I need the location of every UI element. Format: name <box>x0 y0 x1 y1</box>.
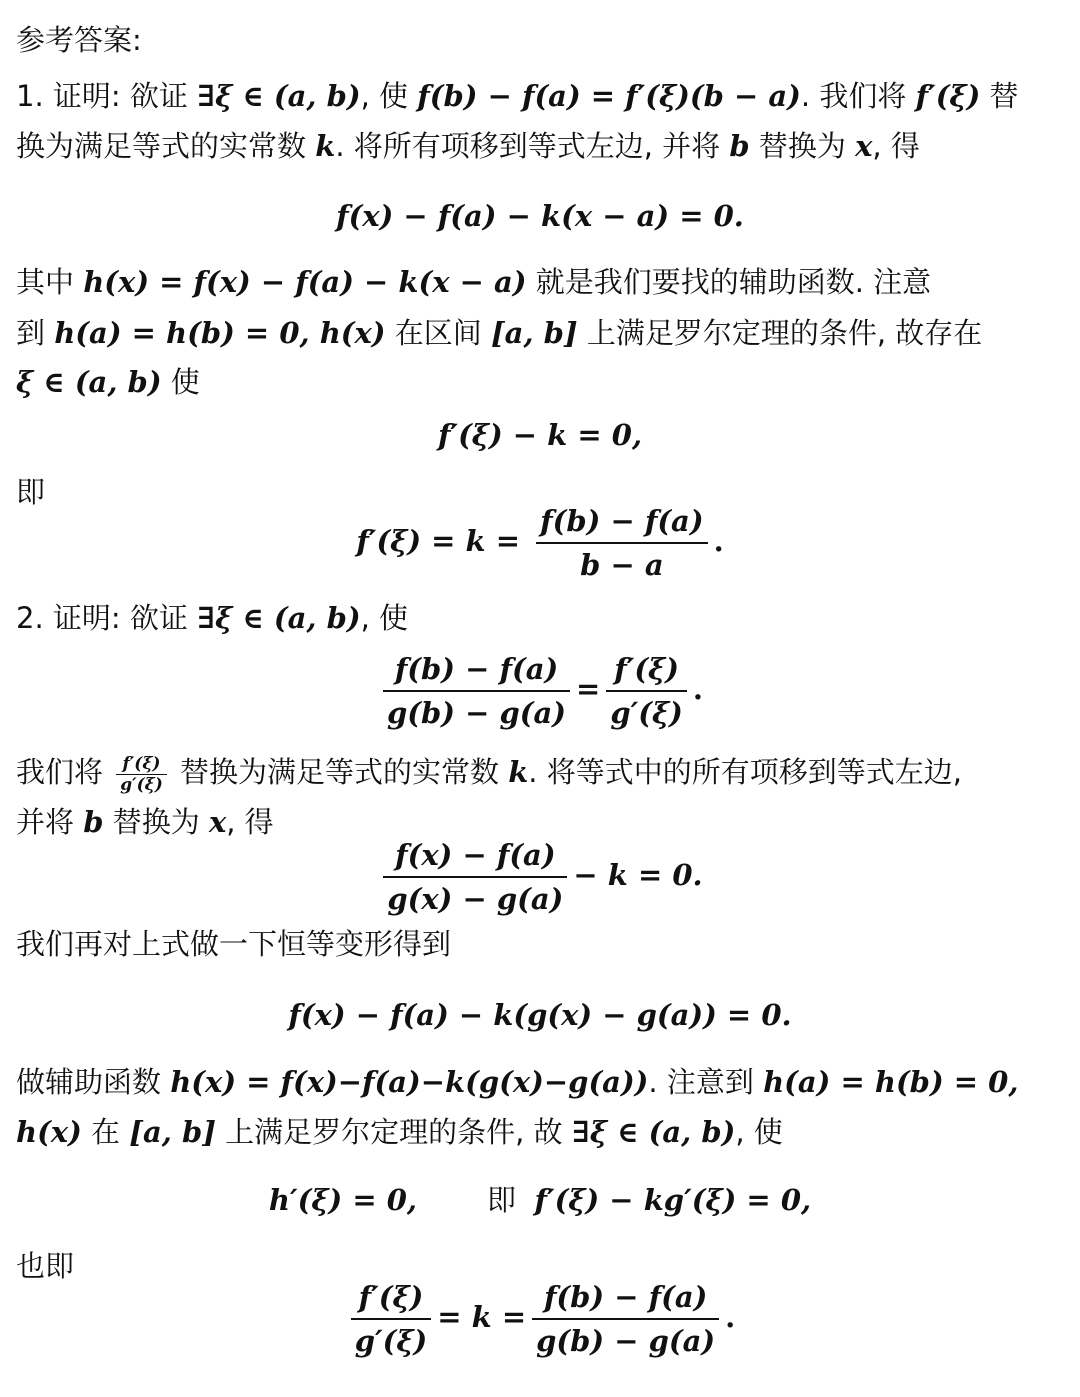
math: ∃ξ ∈ (a, b) <box>197 601 361 635</box>
part2-line6: h(x) 在 [a, b] 上满足罗尔定理的条件, 故 ∃ξ ∈ (a, b),… <box>16 1112 783 1152</box>
text: 替换为 <box>750 129 855 163</box>
math: ∃ξ ∈ (a, b) <box>572 1115 736 1149</box>
denominator: g(b) − g(a) <box>383 692 570 734</box>
text: 在区间 <box>386 316 491 350</box>
math: k <box>508 755 528 789</box>
part2-equation-3: f(x) − f(a) − k(g(x) − g(a)) = 0. <box>0 995 1080 1035</box>
text: , 使 <box>361 601 408 635</box>
fraction: f(b) − f(a)g(b) − g(a) <box>532 1276 719 1362</box>
denominator: g(x) − g(a) <box>383 878 567 920</box>
text: 替换为满足等式的实常数 <box>171 755 508 789</box>
numerator: f′(ξ) <box>351 1276 432 1320</box>
text: 在 <box>82 1115 129 1149</box>
part2-line4: 我们再对上式做一下恒等变形得到 <box>16 924 451 964</box>
math: k <box>315 129 335 163</box>
math: h(x) = f(x)−f(a)−k(g(x)−g(a)) <box>170 1065 648 1099</box>
math: h(x) = f(x) − f(a) − k(x − a) <box>83 265 526 299</box>
text: 就是我们要找的辅助函数. 注意 <box>527 265 932 299</box>
text: 替 <box>980 79 1018 113</box>
text: . 注意到 <box>648 1065 763 1099</box>
math: [a, b] <box>129 1115 216 1149</box>
text: 使 <box>162 365 200 399</box>
math: . <box>725 1300 735 1334</box>
math: b <box>729 129 749 163</box>
math: . <box>693 672 703 706</box>
text: 做辅助函数 <box>16 1065 170 1099</box>
denominator: g′(ξ) <box>606 692 687 734</box>
text: . 我们将 <box>801 79 916 113</box>
text: 即 <box>487 1183 516 1217</box>
inline-fraction: f′(ξ)g′(ξ) <box>116 754 167 795</box>
part1-line1: 1. 证明: 欲证 ∃ξ ∈ (a, b), 使 f(b) − f(a) = f… <box>16 76 1019 116</box>
part1-line3: 其中 h(x) = f(x) − f(a) − k(x − a) 就是我们要找的… <box>16 262 931 302</box>
text: , 使 <box>361 79 418 113</box>
part2-equation-5: f′(ξ)g′(ξ)= k =f(b) − f(a)g(b) − g(a). <box>0 1276 1080 1362</box>
fraction: f(b) − f(a)g(b) − g(a) <box>383 648 570 734</box>
part2-equation-1: f(b) − f(a)g(b) − g(a)=f′(ξ)g′(ξ). <box>0 648 1080 734</box>
denominator: g(b) − g(a) <box>532 1320 719 1362</box>
text: 上满足罗尔定理的条件, 故 <box>216 1115 572 1149</box>
part2-equation-2: f(x) − f(a)g(x) − g(a)− k = 0. <box>0 834 1080 920</box>
text: 到 <box>16 316 54 350</box>
part2-line1: 2. 证明: 欲证 ∃ξ ∈ (a, b), 使 <box>16 598 408 638</box>
math: h(a) = h(b) = 0, <box>763 1065 1018 1099</box>
text: . 将等式中的所有项移到等式左边, <box>528 755 962 789</box>
math: [a, b] <box>491 316 578 350</box>
denominator: g′(ξ) <box>116 775 167 795</box>
text: 上满足罗尔定理的条件, 故存在 <box>578 316 983 350</box>
text: , 得 <box>872 129 919 163</box>
text: . 将所有项移到等式左边, 并将 <box>335 129 729 163</box>
text: 换为满足等式的实常数 <box>16 129 315 163</box>
part1-line5: ξ ∈ (a, b) 使 <box>16 362 200 402</box>
text: 2. 证明: 欲证 <box>16 601 197 635</box>
heading: 参考答案: <box>16 20 142 60</box>
numerator: f(b) − f(a) <box>532 1276 719 1320</box>
text: 1. 证明: 欲证 <box>16 79 197 113</box>
math: f′(ξ) <box>916 79 981 113</box>
text: 我们将 <box>16 755 112 789</box>
part2-line5: 做辅助函数 h(x) = f(x)−f(a)−k(g(x)−g(a)). 注意到… <box>16 1062 1018 1102</box>
part1-equation-2: f′(ξ) − k = 0, <box>0 415 1080 455</box>
math: ξ ∈ (a, b) <box>16 365 162 399</box>
fraction: f′(ξ)g′(ξ) <box>351 1276 432 1362</box>
math: x <box>855 129 872 163</box>
math: = k = <box>437 1300 526 1334</box>
fraction: f(x) − f(a)g(x) − g(a) <box>383 834 567 920</box>
denominator: b − a <box>536 544 707 586</box>
numerator: f′(ξ) <box>116 754 167 775</box>
math: h(x) <box>16 1115 82 1149</box>
numerator: f(b) − f(a) <box>536 500 707 544</box>
numerator: f(x) − f(a) <box>383 834 567 878</box>
numerator: f(b) − f(a) <box>383 648 570 692</box>
math: ∃ξ ∈ (a, b) <box>197 79 361 113</box>
part2-equation-4: h′(ξ) = 0,即 f′(ξ) − kg′(ξ) = 0, <box>0 1180 1080 1220</box>
fraction: f′(ξ)g′(ξ) <box>606 648 687 734</box>
math: h′(ξ) = 0, <box>269 1183 417 1217</box>
math: h(a) = h(b) = 0, h(x) <box>54 316 385 350</box>
part1-line2: 换为满足等式的实常数 k. 将所有项移到等式左边, 并将 b 替换为 x, 得 <box>16 126 920 166</box>
text: 其中 <box>16 265 83 299</box>
part1-equation-3: f′(ξ) = k = f(b) − f(a)b − a. <box>0 500 1080 586</box>
fraction: f(b) − f(a)b − a <box>536 500 707 586</box>
math: f(b) − f(a) = f′(ξ)(b − a) <box>417 79 801 113</box>
numerator: f′(ξ) <box>606 648 687 692</box>
math: − k = 0. <box>573 858 702 892</box>
math: = <box>576 672 600 706</box>
part2-line2: 我们将 f′(ξ)g′(ξ) 替换为满足等式的实常数 k. 将等式中的所有项移到… <box>16 752 962 795</box>
math: f′(ξ) = k = <box>356 524 530 558</box>
text: , 使 <box>735 1115 782 1149</box>
denominator: g′(ξ) <box>351 1320 432 1362</box>
part1-line4: 到 h(a) = h(b) = 0, h(x) 在区间 [a, b] 上满足罗尔… <box>16 313 982 353</box>
part1-equation-1: f(x) − f(a) − k(x − a) = 0. <box>0 196 1080 236</box>
math: f′(ξ) − kg′(ξ) = 0, <box>534 1183 811 1217</box>
math: . <box>714 524 724 558</box>
